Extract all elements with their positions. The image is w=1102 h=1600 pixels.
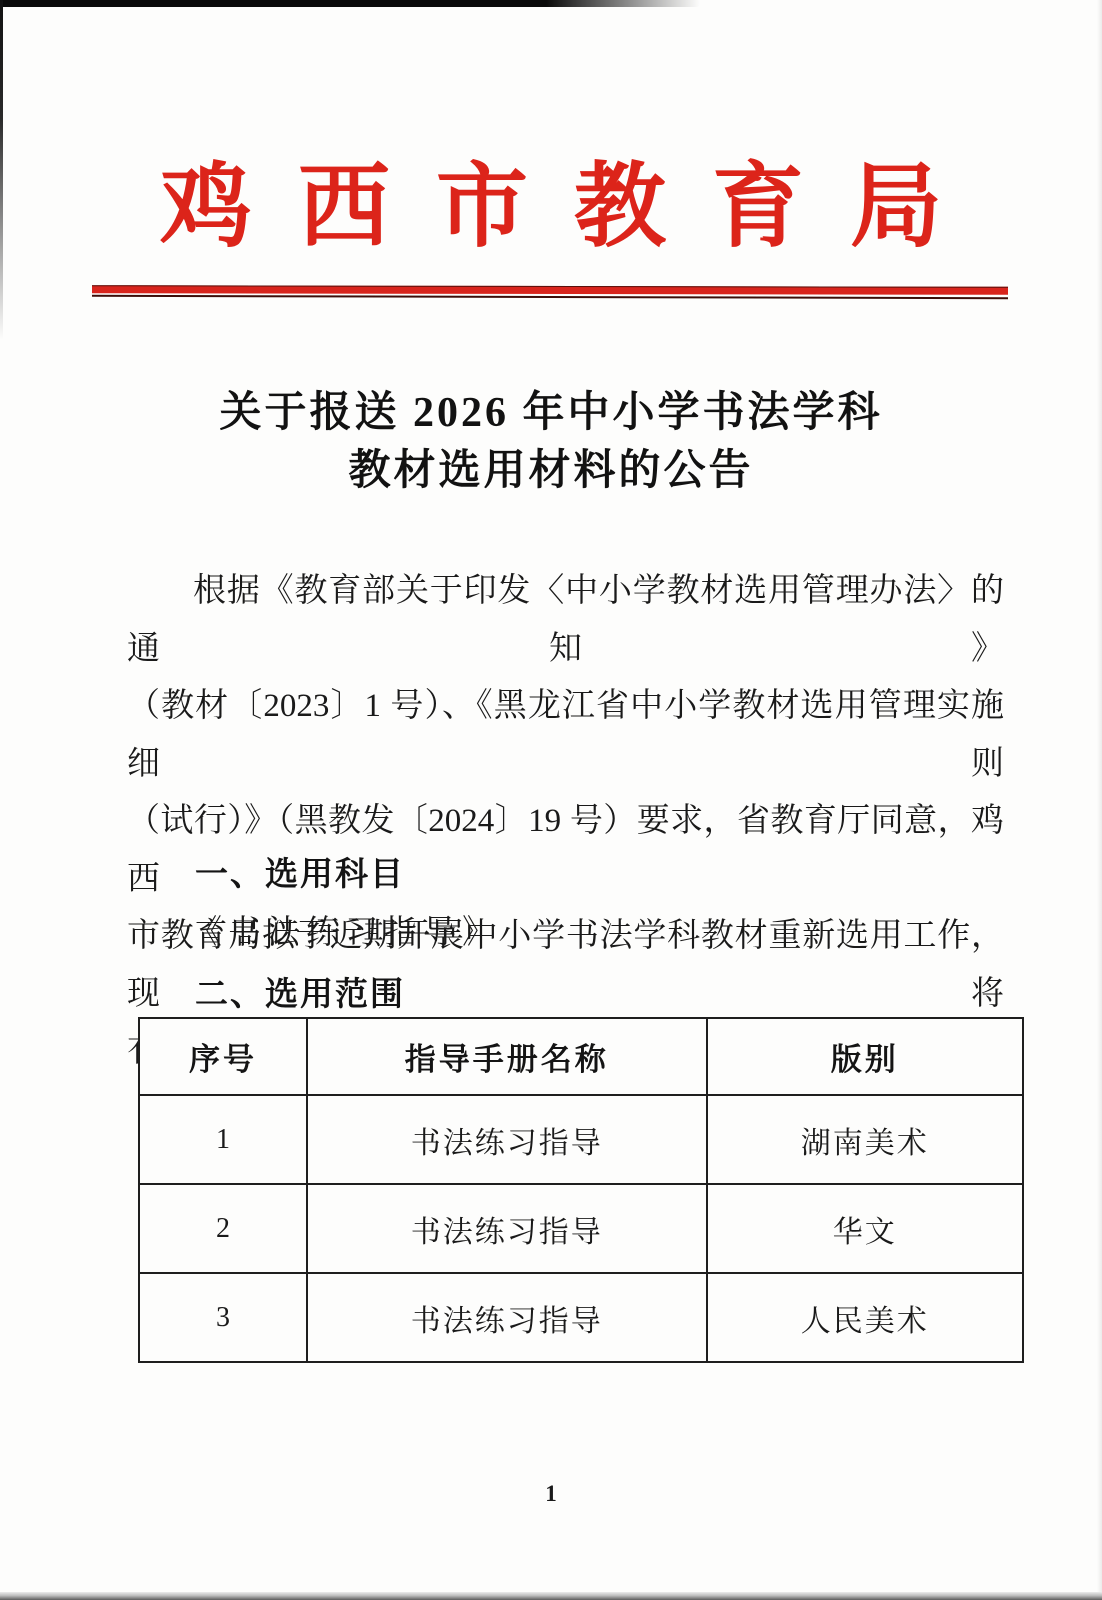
body-line: （教材〔2023〕1 号）、《黑龙江省中小学教材选用管理实施细则 xyxy=(127,678,1004,793)
letterhead-divider-thin-line xyxy=(92,295,1008,299)
document-title-line-2: 教材选用材料的公告 xyxy=(0,442,1102,500)
cell-serial: 2 xyxy=(139,1184,307,1273)
table-row: 2 书法练习指导 华文 xyxy=(139,1184,1023,1273)
cell-serial: 1 xyxy=(139,1095,307,1184)
body-line: 根据《教育部关于印发〈中小学教材选用管理办法〉的通知》 xyxy=(127,563,1004,678)
letterhead-divider-thick-line xyxy=(92,285,1008,295)
table-header-row: 序号 指导手册名称 版别 xyxy=(139,1018,1023,1095)
scan-artifact-top-edge xyxy=(0,0,700,7)
column-header-serial: 序号 xyxy=(139,1018,307,1095)
section-item-book-title: 《书法练习指导》 xyxy=(127,905,1066,961)
letterhead-divider xyxy=(92,286,1008,298)
page-number: 1 xyxy=(0,1481,1102,1507)
cell-edition: 湖南美术 xyxy=(707,1095,1023,1184)
cell-manual-name: 书法练习指导 xyxy=(307,1184,707,1273)
cell-manual-name: 书法练习指导 xyxy=(307,1273,707,1362)
scanned-document-page: 鸡西市教育局 关于报送 2026 年中小学书法学科 教材选用材料的公告 根据《教… xyxy=(0,0,1102,1600)
column-header-edition: 版别 xyxy=(707,1018,1023,1095)
column-header-manual: 指导手册名称 xyxy=(307,1018,707,1095)
table-row: 3 书法练习指导 人民美术 xyxy=(139,1273,1023,1362)
table-row: 1 书法练习指导 湖南美术 xyxy=(139,1095,1023,1184)
section-heading-subjects: 一、选用科目 xyxy=(127,846,1072,902)
section-heading-scope: 二、选用范围 xyxy=(127,966,1072,1022)
cell-manual-name: 书法练习指导 xyxy=(307,1095,707,1184)
letterhead-org-name: 鸡西市教育局 xyxy=(0,156,1102,258)
cell-edition: 华文 xyxy=(707,1184,1023,1273)
scan-artifact-bottom-edge xyxy=(0,1592,1102,1600)
cell-edition: 人民美术 xyxy=(707,1273,1023,1362)
document-title-line-1: 关于报送 2026 年中小学书法学科 xyxy=(0,384,1102,442)
document-title: 关于报送 2026 年中小学书法学科 教材选用材料的公告 xyxy=(0,384,1102,500)
selection-scope-table: 序号 指导手册名称 版别 1 书法练习指导 湖南美术 2 书法练习指导 华文 3… xyxy=(138,1017,1024,1363)
cell-serial: 3 xyxy=(139,1273,307,1362)
